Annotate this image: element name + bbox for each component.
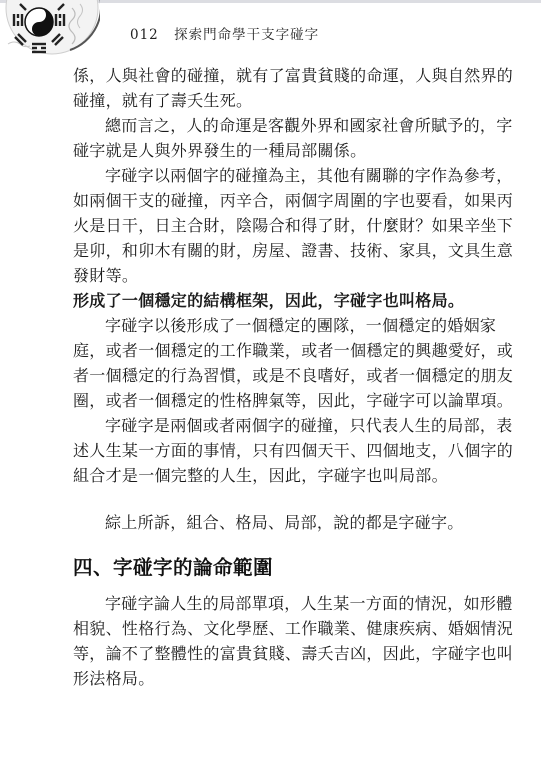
text-line: 火是日干，日主合財，陰陽合和得了財，什麼財？如果辛坐下 <box>73 213 474 238</box>
paragraph-bold: 形成了一個穩定的結構框架，因此，字碰字也叫格局。 <box>73 288 474 313</box>
running-header: 012 探索門命學干支字碰字 <box>130 23 319 43</box>
text-line: 碰字就是人與外界發生的一種局部關係。 <box>73 138 474 163</box>
book-title: 探索門命學干支字碰字 <box>174 27 319 43</box>
text-line: 係，人與社會的碰撞，就有了富貴貧賤的命運，人與自然界的 <box>73 63 474 88</box>
paragraph-summary: 綜上所訴，組合、格局、局部，說的都是字碰字。 <box>73 510 474 535</box>
section-heading: 四、字碰字的論命範圍 <box>73 553 474 583</box>
text-line: 形成了一個穩定的結構框架，因此，字碰字也叫格局。 <box>73 288 474 313</box>
text-line: 庭，或者一個穩定的工作職業，或者一個穩定的興趣愛好，或 <box>73 338 474 363</box>
text-line: 等，論不了整體性的富貴貧賤、壽夭吉凶，因此，字碰字也叫 <box>73 641 474 666</box>
text-line: 是卯，和卯木有關的財，房屋、證書、技術、家具，文具生意 <box>73 238 474 263</box>
text-line: 總而言之，人的命運是客觀外界和國家社會所賦予的，字 <box>73 113 474 138</box>
text-line: 字碰字論人生的局部單項，人生某一方面的情況，如形體 <box>73 591 474 616</box>
text-line: 發財等。 <box>73 263 474 288</box>
yin-yang-bagua-icon <box>0 0 100 58</box>
section-paragraph: 字碰字論人生的局部單項，人生某一方面的情況，如形體 相貌、性格行為、文化學歷、工… <box>73 591 474 691</box>
text-line: 字碰字以兩個字的碰撞為主，其他有關聯的字作為參考， <box>73 163 474 188</box>
paragraph: 總而言之，人的命運是客觀外界和國家社會所賦予的，字 碰字就是人與外界發生的一種局… <box>73 113 474 163</box>
paragraph: 字碰字是兩個或者兩個字的碰撞，只代表人生的局部，表 述人生某一方面的事情，只有四… <box>73 413 474 488</box>
text-line: 形法格局。 <box>73 666 474 691</box>
page-body: 係，人與社會的碰撞，就有了富貴貧賤的命運，人與自然界的 碰撞，就有了壽夭生死。 … <box>73 63 474 691</box>
text-line: 字碰字以後形成了一個穩定的團隊，一個穩定的婚姻家 <box>73 313 474 338</box>
spacer <box>73 535 474 549</box>
text-line: 字碰字是兩個或者兩個字的碰撞，只代表人生的局部，表 <box>73 413 474 438</box>
page-number: 012 <box>130 27 159 43</box>
text-line: 碰撞，就有了壽夭生死。 <box>73 88 474 113</box>
text-line: 圈，或者一個穩定的性格脾氣等，因此，字碰字可以論單項。 <box>73 388 474 413</box>
text-line: 綜上所訴，組合、格局、局部，說的都是字碰字。 <box>73 510 474 535</box>
text-line: 相貌、性格行為、文化學歷、工作職業、健康疾病、婚姻情況 <box>73 616 474 641</box>
text-line: 者一個穩定的行為習慣，或是不良嗜好，或者一個穩定的朋友 <box>73 363 474 388</box>
paragraph: 字碰字以後形成了一個穩定的團隊，一個穩定的婚姻家 庭，或者一個穩定的工作職業，或… <box>73 313 474 413</box>
text-line: 如兩個干支的碰撞，丙辛合，兩個字周圍的字也要看，如果丙 <box>73 188 474 213</box>
paragraph: 係，人與社會的碰撞，就有了富貴貧賤的命運，人與自然界的 碰撞，就有了壽夭生死。 <box>73 63 474 113</box>
paragraph: 字碰字以兩個字的碰撞為主，其他有關聯的字作為參考， 如兩個干支的碰撞，丙辛合，兩… <box>73 163 474 288</box>
text-line: 組合才是一個完整的人生，因此，字碰字也叫局部。 <box>73 463 474 488</box>
text-line: 述人生某一方面的事情，只有四個天干、四個地支，八個字的 <box>73 438 474 463</box>
spacer <box>73 488 474 510</box>
